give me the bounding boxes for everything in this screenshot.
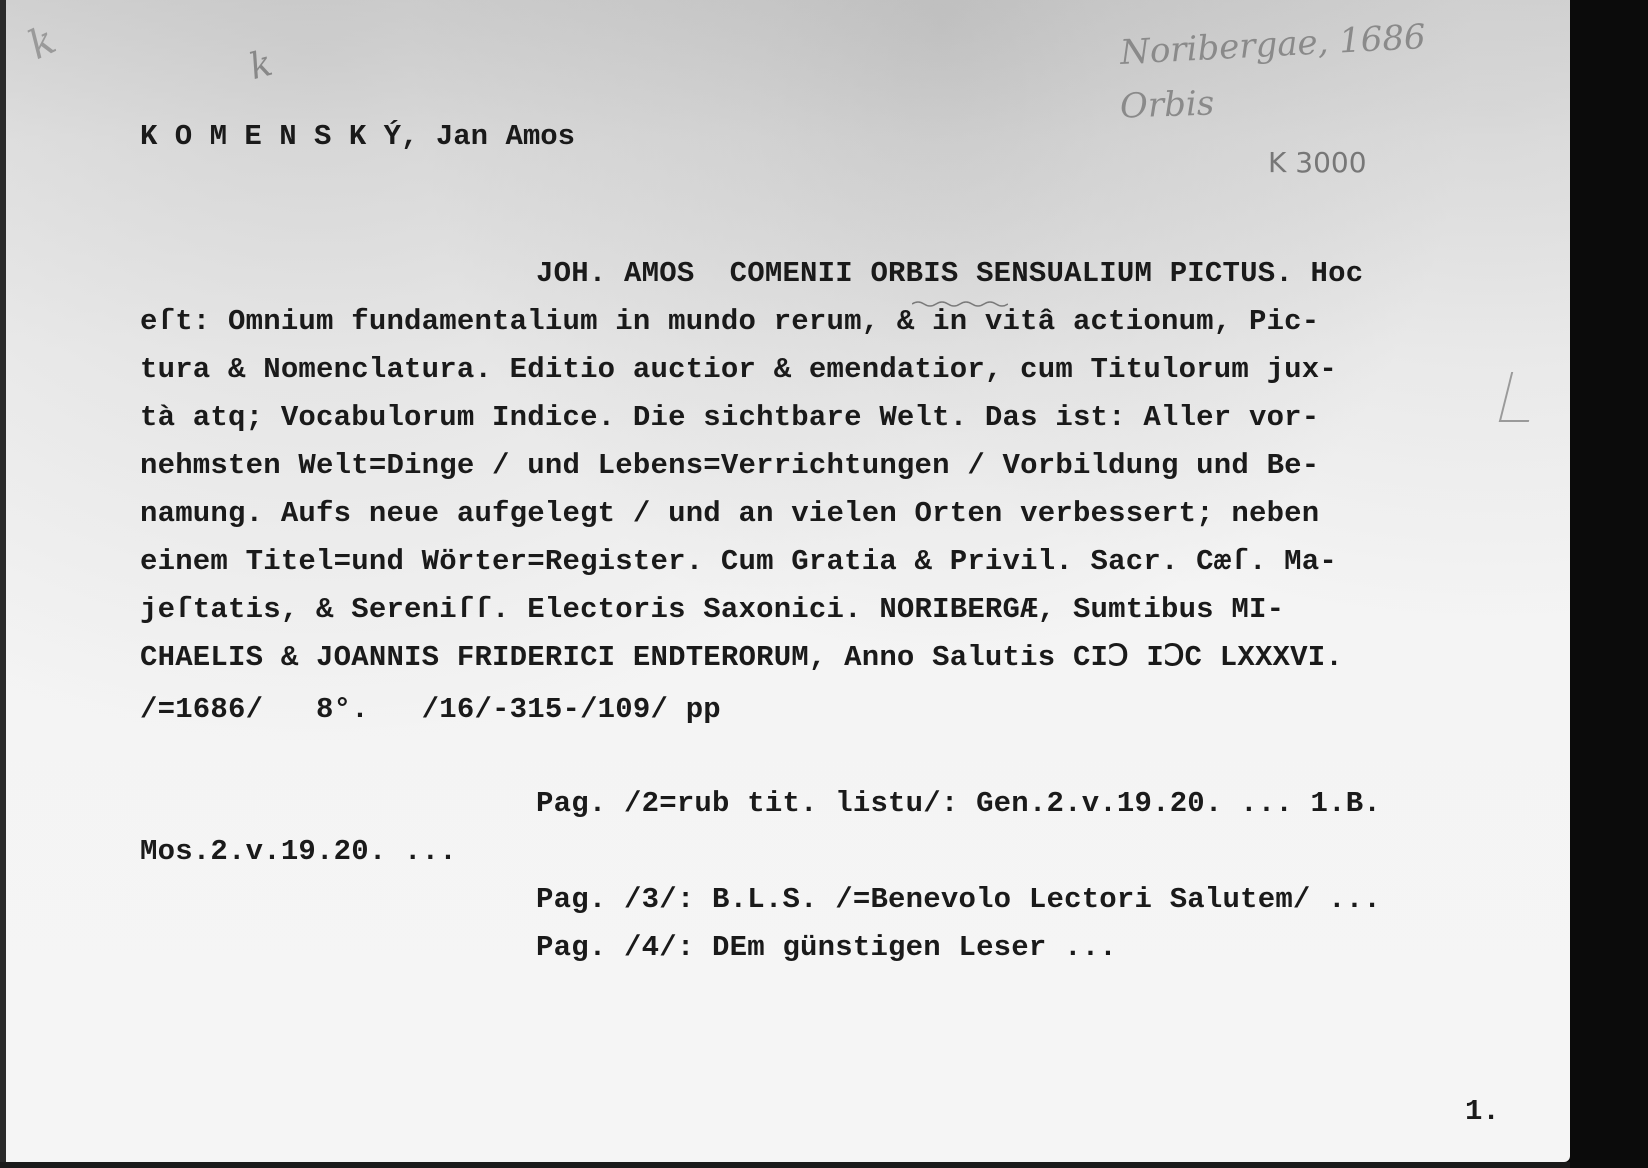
handwritten-shelfmark: K 3000	[1268, 146, 1367, 179]
card-number: 1.	[1465, 1095, 1500, 1128]
handwritten-place-year: Noribergae, 1686	[1119, 17, 1426, 73]
catalog-card: k k Noribergae, 1686 Orbis K 3000 K O M …	[0, 0, 1570, 1162]
scan-border-bottom	[0, 1162, 1570, 1168]
author-given-names: , Jan Amos	[401, 120, 575, 153]
note-line: Pag. /3/: B.L.S. /=Benevolo Lectori Salu…	[536, 876, 1381, 924]
note-line: Pag. /2=rub tit. listu/: Gen.2.v.19.20. …	[536, 780, 1381, 828]
title-line: CHAELIS & JOANNIS FRIDERICI ENDTERORUM, …	[140, 634, 1343, 682]
pencil-corner-mark	[1499, 372, 1541, 422]
title-line: eſt: Omnium fundamentalium in mundo reru…	[140, 298, 1319, 346]
title-line: JOH. AMOS COMENII ORBIS SENSUALIUM PICTU…	[536, 250, 1363, 298]
handwritten-mark: k	[245, 43, 277, 88]
imprint-line: /=1686/ 8°. /16/-315-/109/ pp	[140, 686, 721, 734]
scan-border-left	[0, 0, 6, 1168]
title-line: einem Titel=und Wörter=Register. Cum Gra…	[140, 538, 1337, 586]
note-line: Pag. /4/: DEm günstigen Leser ...	[536, 924, 1117, 972]
note-line: Mos.2.v.19.20. ...	[140, 828, 457, 876]
title-line: namung. Aufs neue aufgelegt / und an vie…	[140, 490, 1319, 538]
title-line: jeſtatis, & Sereniſſ. Electoris Saxonici…	[140, 586, 1284, 634]
title-line: nehmsten Welt=Dinge / und Lebens=Verrich…	[140, 442, 1319, 490]
title-line: tà atq; Vocabulorum Indice. Die sichtbar…	[140, 394, 1319, 442]
handwritten-short-title: Orbis	[1119, 83, 1215, 126]
author-surname: K O M E N S K Ý	[140, 120, 401, 153]
handwritten-mark: k	[21, 17, 62, 69]
title-line: tura & Nomenclatura. Editio auctior & em…	[140, 346, 1337, 394]
author-heading: K O M E N S K Ý, Jan Amos	[140, 113, 575, 161]
